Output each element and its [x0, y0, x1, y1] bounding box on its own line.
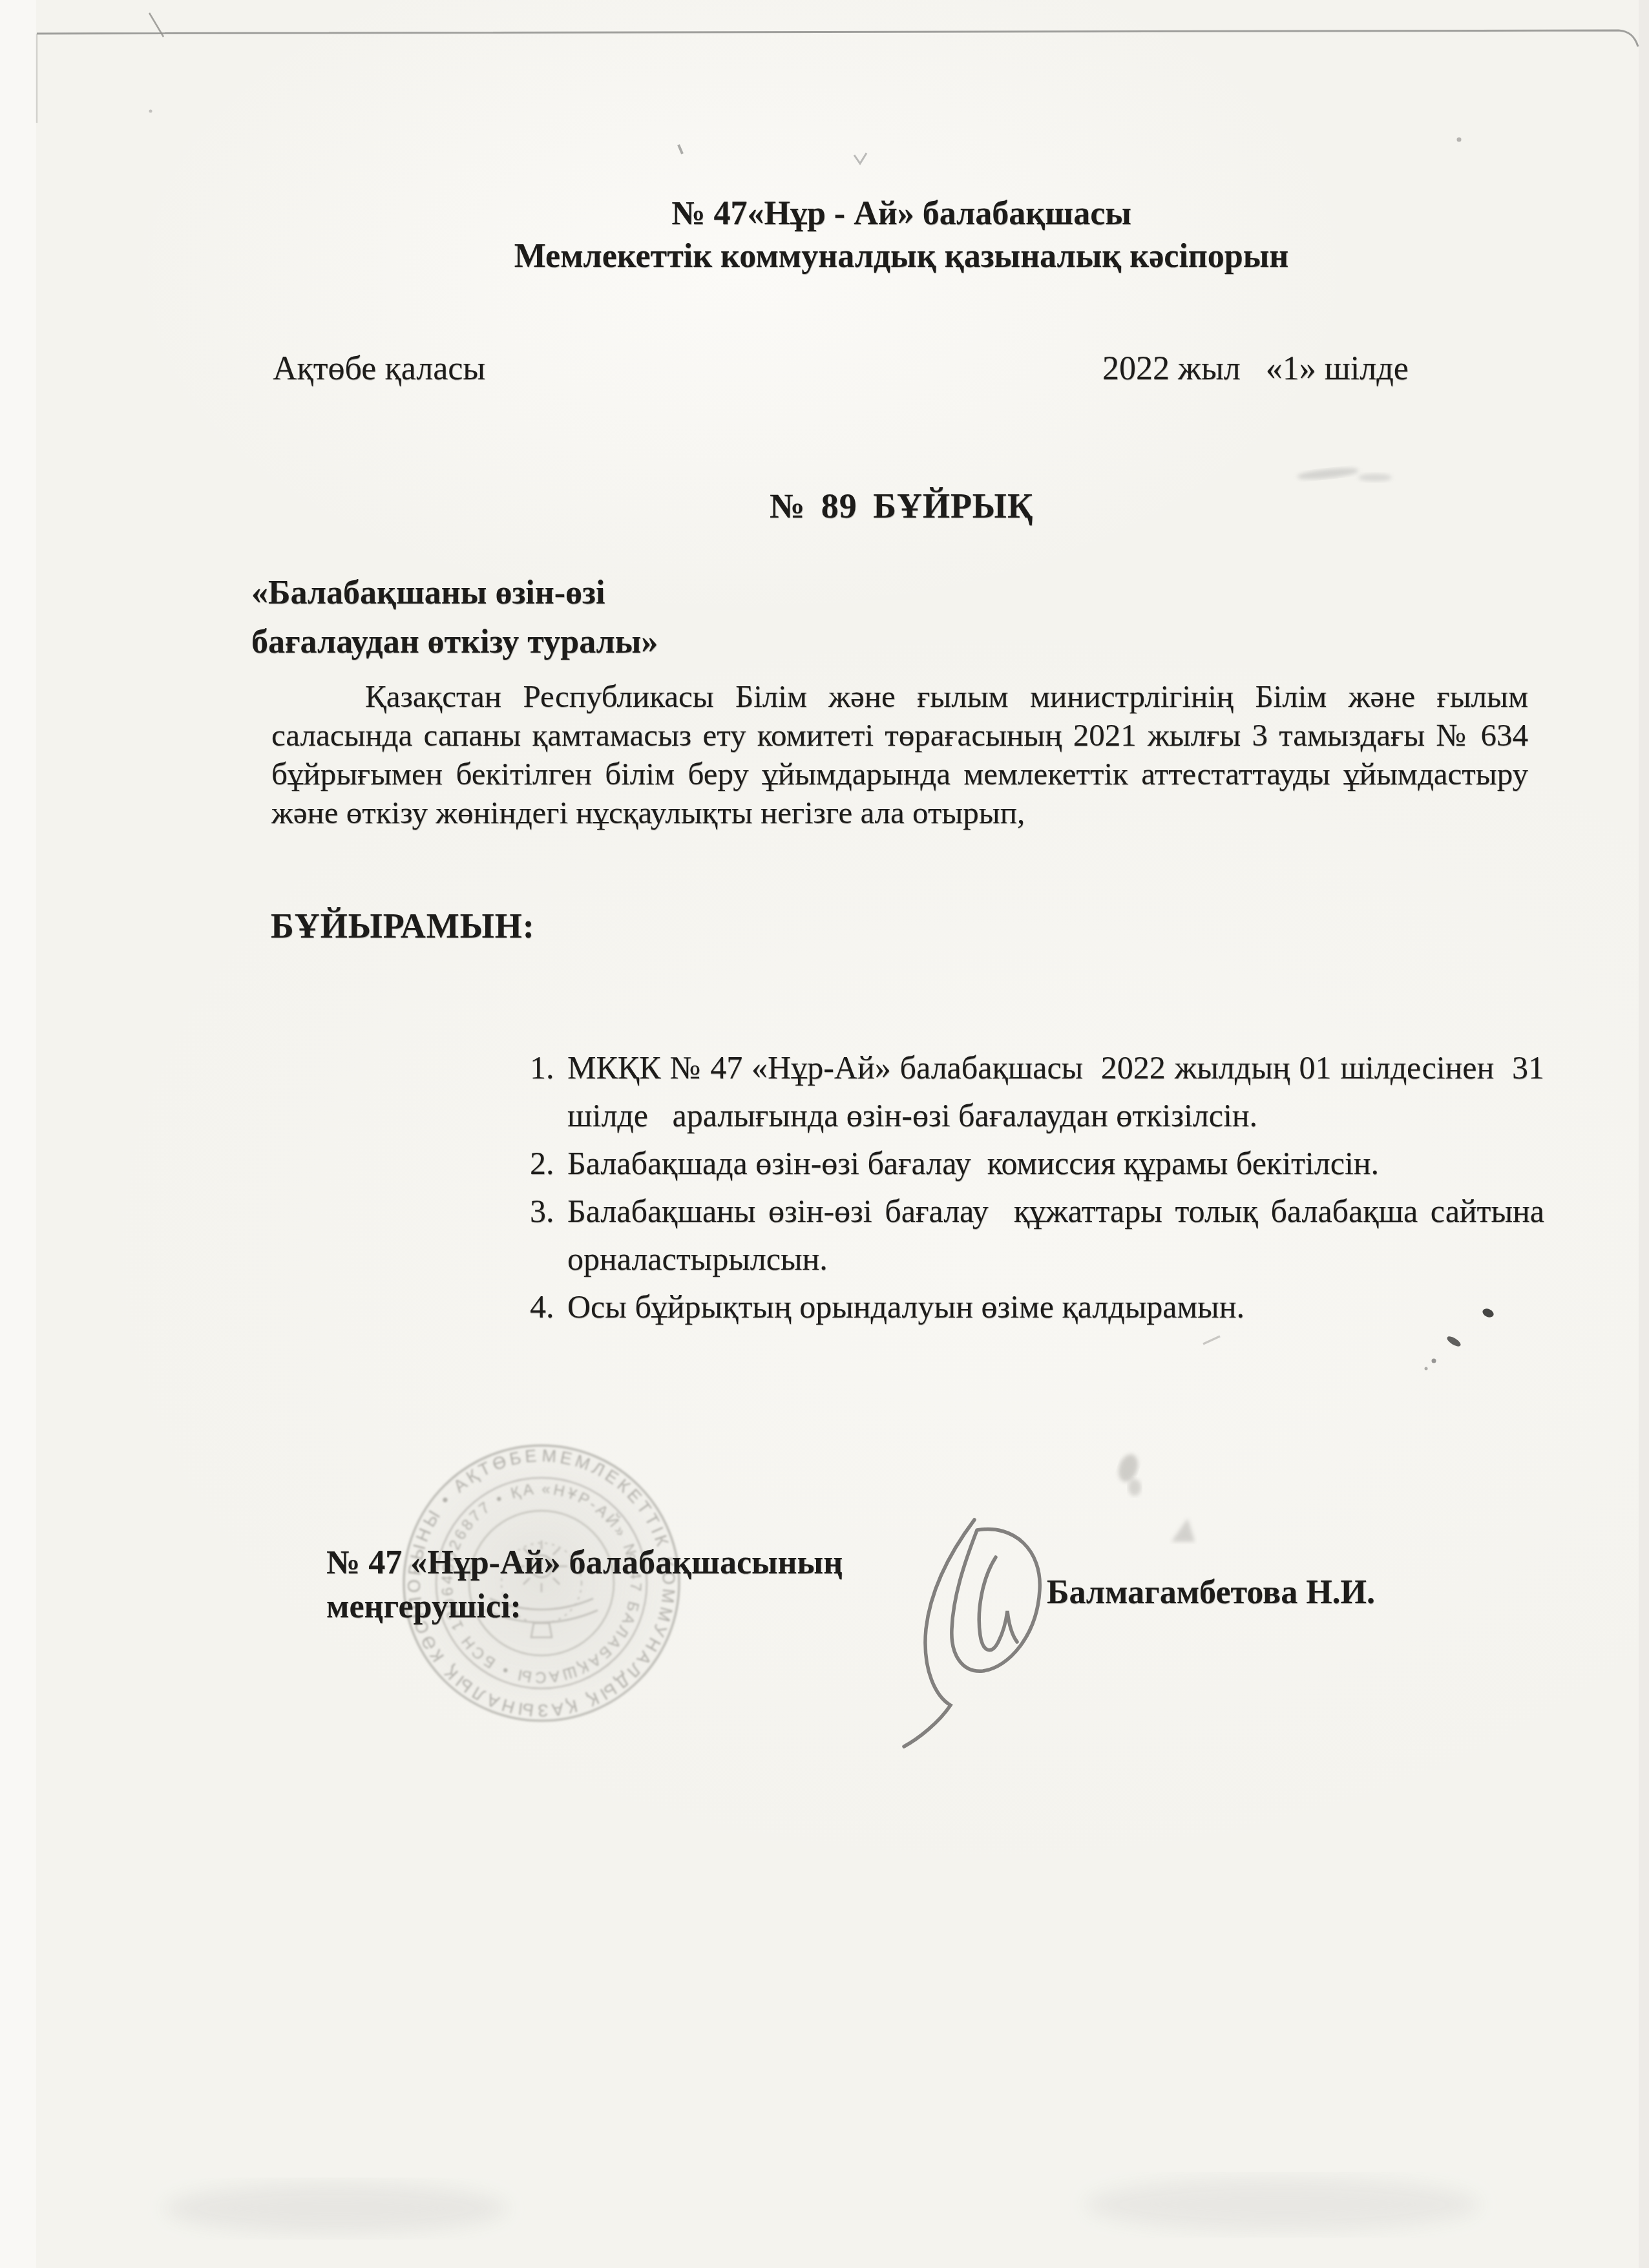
pencil-smudge — [1297, 466, 1360, 481]
dust-speck — [678, 145, 682, 154]
ink-speck — [1425, 1367, 1428, 1370]
document-date: 2022 жыл «1» шілде — [1102, 350, 1409, 388]
top-fold-line — [37, 30, 1638, 47]
directive-text: Осы бұйрықтың орындалуын өзіме қалдырамы… — [567, 1288, 1245, 1325]
ink-speck — [1203, 1336, 1220, 1344]
ink-speck — [1432, 1359, 1436, 1363]
gray-smudge — [1171, 1518, 1195, 1542]
organization-type: Мемлекеттік коммуналдық қазыналық кәсіпо… — [220, 235, 1583, 278]
directive-item: Осы бұйрықтың орындалуын өзіме қалдырамы… — [562, 1283, 1544, 1330]
page-left-edge — [0, 0, 36, 2268]
directive-text: Балабақшада өзін-өзі бағалау комиссия құ… — [567, 1145, 1379, 1181]
order-subject-line2: бағалаудан өткізу туралы» — [251, 618, 658, 667]
dust-speck — [1457, 138, 1462, 142]
directive-item: Балабақшада өзін-өзі бағалау комиссия құ… — [562, 1139, 1544, 1187]
signatory-role-line2: меңгерушісі: — [326, 1585, 843, 1629]
directive-text: МКҚК № 47 «Нұр-Ай» балабақшасы 2022 жылд… — [567, 1049, 1553, 1133]
page-right-edge — [1639, 0, 1649, 2268]
signatory-role: № 47 «Нұр-Ай» балабақшасының меңгерушісі… — [326, 1541, 843, 1629]
document-city: Ақтөбе қаласы — [273, 350, 485, 388]
order-subject: «Балабақшаны өзін-өзі бағалаудан өткізу … — [251, 569, 658, 667]
pencil-smudge — [1358, 474, 1392, 481]
order-title: № 89 БҰЙРЫҚ — [220, 486, 1583, 526]
bottom-mottle — [1086, 2178, 1480, 2232]
letterhead: № 47«Нұр - Ай» балабақшасы Мемлекеттік к… — [220, 193, 1583, 278]
gray-smudge — [1115, 1452, 1141, 1484]
handwritten-signature — [892, 1509, 1053, 1754]
order-preamble: Қазақстан Республикасы Білім және ғылым … — [271, 677, 1528, 832]
scanned-order-document: № 47«Нұр - Ай» балабақшасы Мемлекеттік к… — [0, 0, 1649, 2268]
directives-list: МКҚК № 47 «Нұр-Ай» балабақшасы 2022 жылд… — [498, 1044, 1544, 1330]
dust-speck — [854, 153, 867, 163]
bottom-mottle — [165, 2183, 507, 2234]
dust-speck — [149, 110, 152, 113]
resolution-heading: БҰЙЫРАМЫН: — [271, 906, 535, 946]
order-subject-line1: «Балабақшаны өзін-өзі — [251, 569, 658, 618]
scratch-mark — [149, 13, 163, 37]
directive-text: Балабақшаны өзін-өзі бағалау құжаттары т… — [567, 1193, 1553, 1277]
directive-item: Балабақшаны өзін-өзі бағалау құжаттары т… — [562, 1187, 1544, 1283]
organization-name: № 47«Нұр - Ай» балабақшасы — [220, 193, 1583, 235]
signatory-name: Балмагамбетова Н.И. — [1047, 1573, 1375, 1612]
signatory-role-line1: № 47 «Нұр-Ай» балабақшасының — [326, 1541, 843, 1585]
gray-smudge — [1128, 1479, 1141, 1496]
directive-item: МКҚК № 47 «Нұр-Ай» балабақшасы 2022 жылд… — [562, 1044, 1544, 1139]
ink-speck — [1445, 1334, 1462, 1348]
